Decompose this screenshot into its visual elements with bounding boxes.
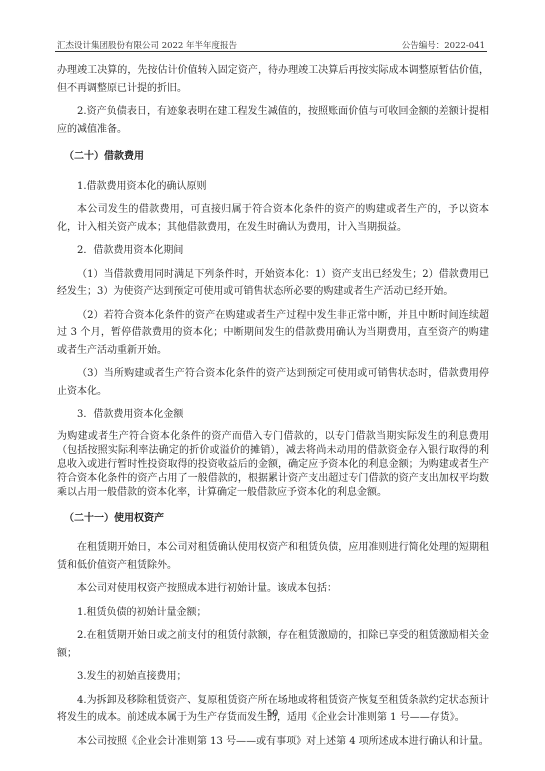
section-heading-right-of-use-assets: （二十一）使用权资产 [64,510,489,528]
announcement-number: 公告编号：2022-041 [402,39,485,51]
section-heading-borrowing-costs: （二十）借款费用 [64,148,489,166]
paragraph: （2）若符合资本化条件的资产在购建或者生产过程中发生非正常中断，并且中断时间连续… [57,307,489,360]
paragraph: 本公司对使用权资产按照成本进行初始计量。该成本包括： [57,580,489,598]
document-body: 办理竣工决算的，先按估计价值转入固定资产，待办理竣工决算后再按实际成本调整原暂估… [57,62,489,756]
page-header: 汇杰设计集团股份有限公司 2022 年半年度报告 公告编号：2022-041 [55,38,487,52]
subheading: 2．借款费用资本化期间 [57,242,489,260]
paragraph: 在租赁期开始日，本公司对租赁确认使用权资产和租赁负债，应用准则进行简化处理的短期… [57,539,489,574]
paragraph: 为购建或者生产符合资本化条件的资产而借入专门借款的，以专门借款当期实际发生的利息… [57,430,489,500]
subheading: 1.借款费用资本化的确认原则 [57,178,489,196]
paragraph: 本公司发生的借款费用，可直接归属于符合资本化条件的资产的购建或者生产的，予以资本… [57,201,489,236]
paragraph: 办理竣工决算的，先按估计价值转入固定资产，待办理竣工决算后再按实际成本调整原暂估… [57,62,489,97]
paragraph: 2.资产负债表日，有迹象表明在建工程发生减值的，按照账面价值与可收回金额的差额计… [57,103,489,138]
paragraph: （3）当所购建或者生产符合资本化条件的资产达到预定可使用或可销售状态时，借款费用… [57,365,489,400]
subheading: 3．借款费用资本化金额 [57,406,489,424]
report-title: 汇杰设计集团股份有限公司 2022 年半年度报告 [57,39,237,51]
list-item: 2.在租赁期开始日或之前支付的租赁付款额，存在租赁激励的，扣除已享受的租赁激励相… [57,627,489,662]
paragraph: 本公司按照《企业会计准则第 13 号——或有事项》对上述第 4 项所述成本进行确… [57,733,489,751]
list-item: 3.发生的初始直接费用； [57,668,489,686]
list-item: 1.租赁负债的初始计量金额； [57,604,489,622]
page-number: 50 [0,709,545,719]
paragraph: （1）当借款费用同时满足下列条件时，开始资本化：1）资产支出已经发生；2）借款费… [57,266,489,301]
